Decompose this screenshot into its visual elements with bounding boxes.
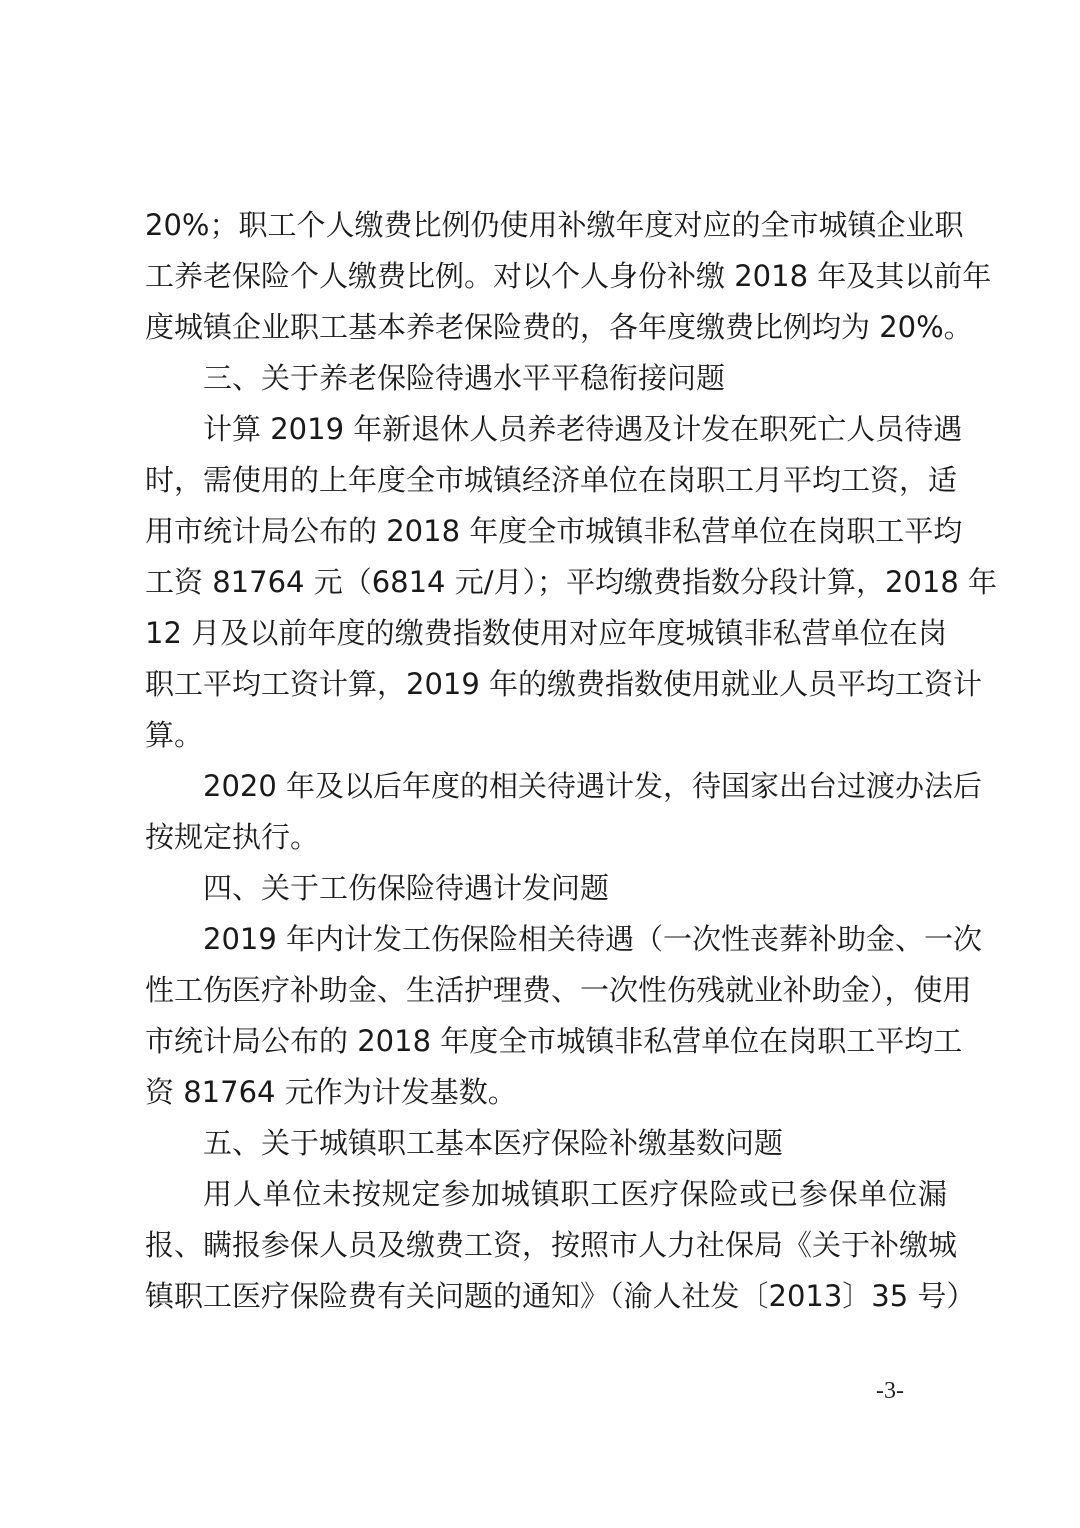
text-line: 资 81764 元作为计发基数。 xyxy=(145,1067,947,1118)
section-heading-3: 三、关于养老保险待遇水平平稳衔接问题 xyxy=(145,353,947,404)
text-line: 职工平均工资计算，2019 年的缴费指数使用就业人员平均工资计 xyxy=(145,659,947,710)
text-line: 2019 年内计发工伤保险相关待遇（一次性丧葬补助金、一次 xyxy=(145,914,947,965)
document-body: 20%；职工个人缴费比例仍使用补缴年度对应的全市城镇企业职 工养老保险个人缴费比… xyxy=(145,200,947,1322)
text-line: 计算 2019 年新退休人员养老待遇及计发在职死亡人员待遇 xyxy=(145,404,947,455)
text-line: 2020 年及以后年度的相关待遇计发，待国家出台过渡办法后 xyxy=(145,761,947,812)
section-heading-4: 四、关于工伤保险待遇计发问题 xyxy=(145,863,947,914)
text-line: 镇职工医疗保险费有关问题的通知》（渝人社发〔2013〕35 号） xyxy=(145,1271,947,1322)
section-heading-5: 五、关于城镇职工基本医疗保险补缴基数问题 xyxy=(145,1118,947,1169)
text-line: 工养老保险个人缴费比例。对以个人身份补缴 2018 年及其以前年 xyxy=(145,251,947,302)
text-line: 算。 xyxy=(145,710,947,761)
text-line: 报、瞒报参保人员及缴费工资，按照市人力社保局《关于补缴城 xyxy=(145,1220,947,1271)
text-line: 工资 81764 元（6814 元/月）；平均缴费指数分段计算，2018 年 xyxy=(145,557,947,608)
text-line: 性工伤医疗补助金、生活护理费、一次性伤残就业补助金），使用 xyxy=(145,965,947,1016)
text-line: 度城镇企业职工基本养老保险费的，各年度缴费比例均为 20%。 xyxy=(145,302,947,353)
text-line: 20%；职工个人缴费比例仍使用补缴年度对应的全市城镇企业职 xyxy=(145,200,947,251)
document-page: 20%；职工个人缴费比例仍使用补缴年度对应的全市城镇企业职 工养老保险个人缴费比… xyxy=(0,0,1080,1528)
text-line: 时，需使用的上年度全市城镇经济单位在岗职工月平均工资，适 xyxy=(145,455,947,506)
text-line: 12 月及以前年度的缴费指数使用对应年度城镇非私营单位在岗 xyxy=(145,608,947,659)
text-line: 按规定执行。 xyxy=(145,812,947,863)
text-line: 用市统计局公布的 2018 年度全市城镇非私营单位在岗职工平均 xyxy=(145,506,947,557)
text-line: 市统计局公布的 2018 年度全市城镇非私营单位在岗职工平均工 xyxy=(145,1016,947,1067)
page-number: -3- xyxy=(876,1378,904,1405)
text-line: 用人单位未按规定参加城镇职工医疗保险或已参保单位漏 xyxy=(145,1169,947,1220)
